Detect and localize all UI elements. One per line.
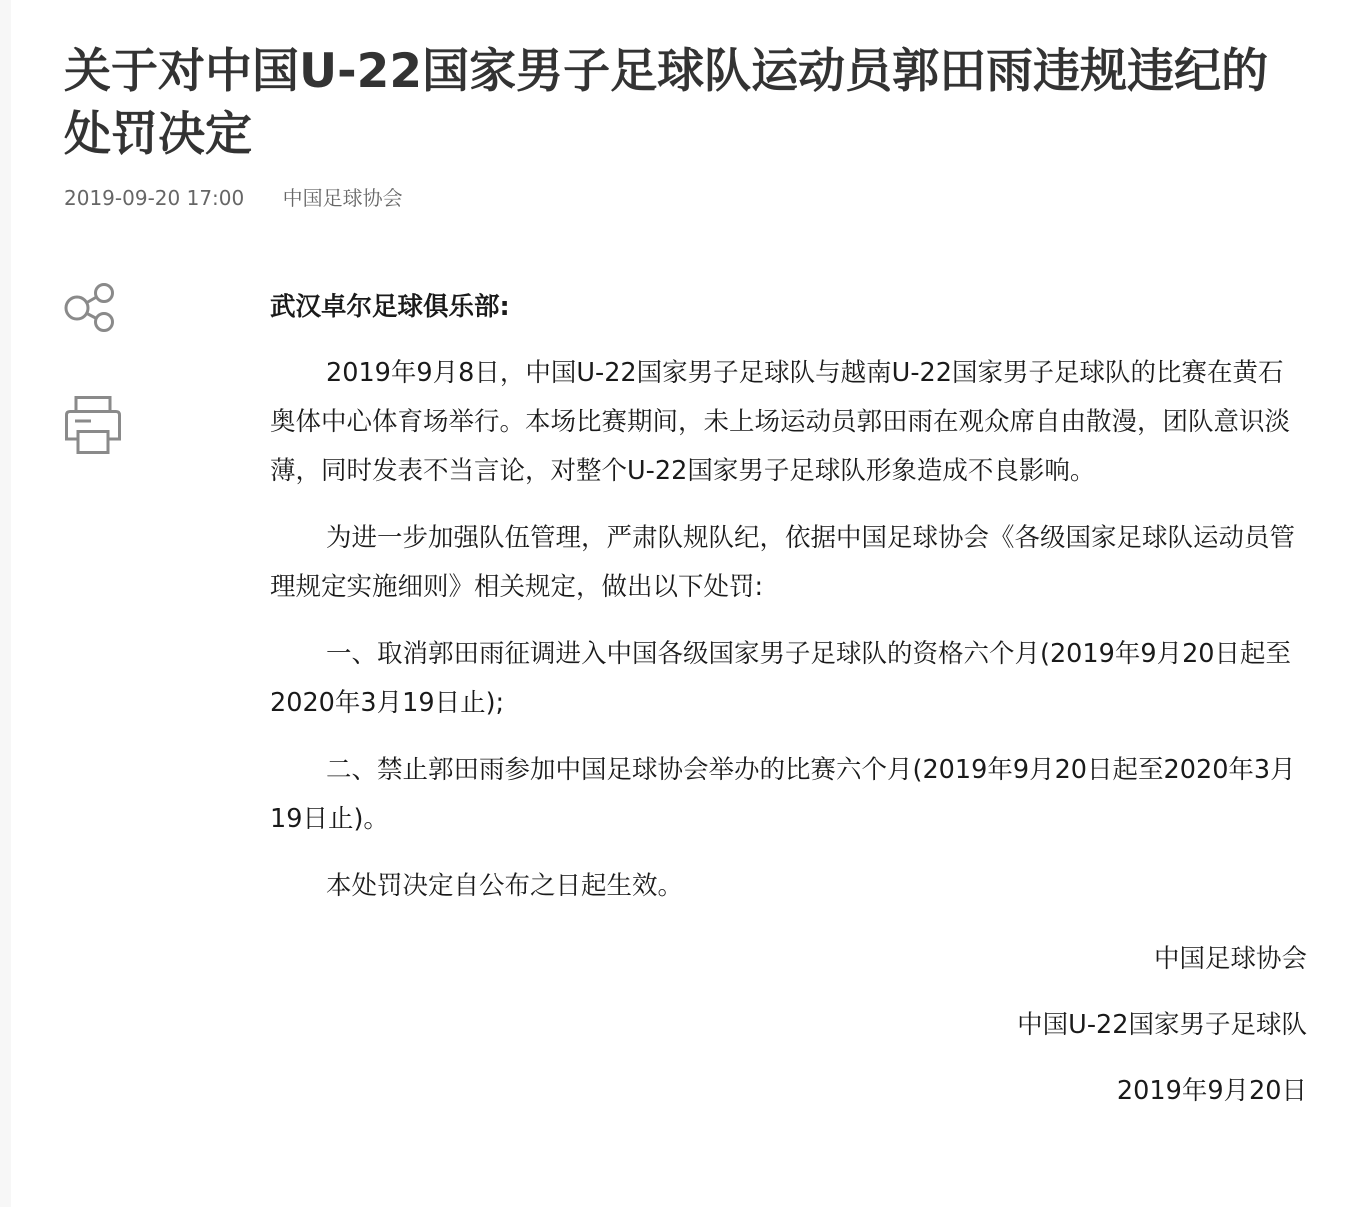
signature-association: 中国足球协会 <box>270 935 1307 984</box>
signature-date: 2019年9月20日 <box>270 1067 1307 1116</box>
print-button[interactable] <box>60 392 124 456</box>
article-source[interactable]: 中国足球协会 <box>283 186 403 210</box>
printer-icon <box>60 392 124 456</box>
page-left-edge <box>0 0 11 1207</box>
article-body: 武汉卓尔足球俱乐部: 2019年9月8日，中国U-22国家男子足球队与越南U-2… <box>270 283 1307 1133</box>
paragraph-basis: 为进一步加强队伍管理，严肃队规队纪，依据中国足球协会《各级国家足球队运动员管理规… <box>270 514 1307 612</box>
share-icon <box>60 278 124 342</box>
article-meta: 2019-09-20 17:00 中国足球协会 <box>64 184 403 212</box>
paragraph-effective: 本处罚决定自公布之日起生效。 <box>270 862 1307 911</box>
penalty-item-1: 一、取消郭田雨征调进入中国各级国家男子足球队的资格六个月(2019年9月20日起… <box>270 630 1307 728</box>
publish-datetime: 2019-09-20 17:00 <box>64 186 244 210</box>
salutation: 武汉卓尔足球俱乐部: <box>270 283 1307 332</box>
share-button[interactable] <box>60 278 124 342</box>
signature-team: 中国U-22国家男子足球队 <box>270 1001 1307 1050</box>
paragraph-incident: 2019年9月8日，中国U-22国家男子足球队与越南U-22国家男子足球队的比赛… <box>270 349 1307 496</box>
article-title: 关于对中国U-22国家男子足球队运动员郭田雨违规违纪的处罚决定 <box>64 40 1294 166</box>
penalty-item-2: 二、禁止郭田雨参加中国足球协会举办的比赛六个月(2019年9月20日起至2020… <box>270 746 1307 844</box>
